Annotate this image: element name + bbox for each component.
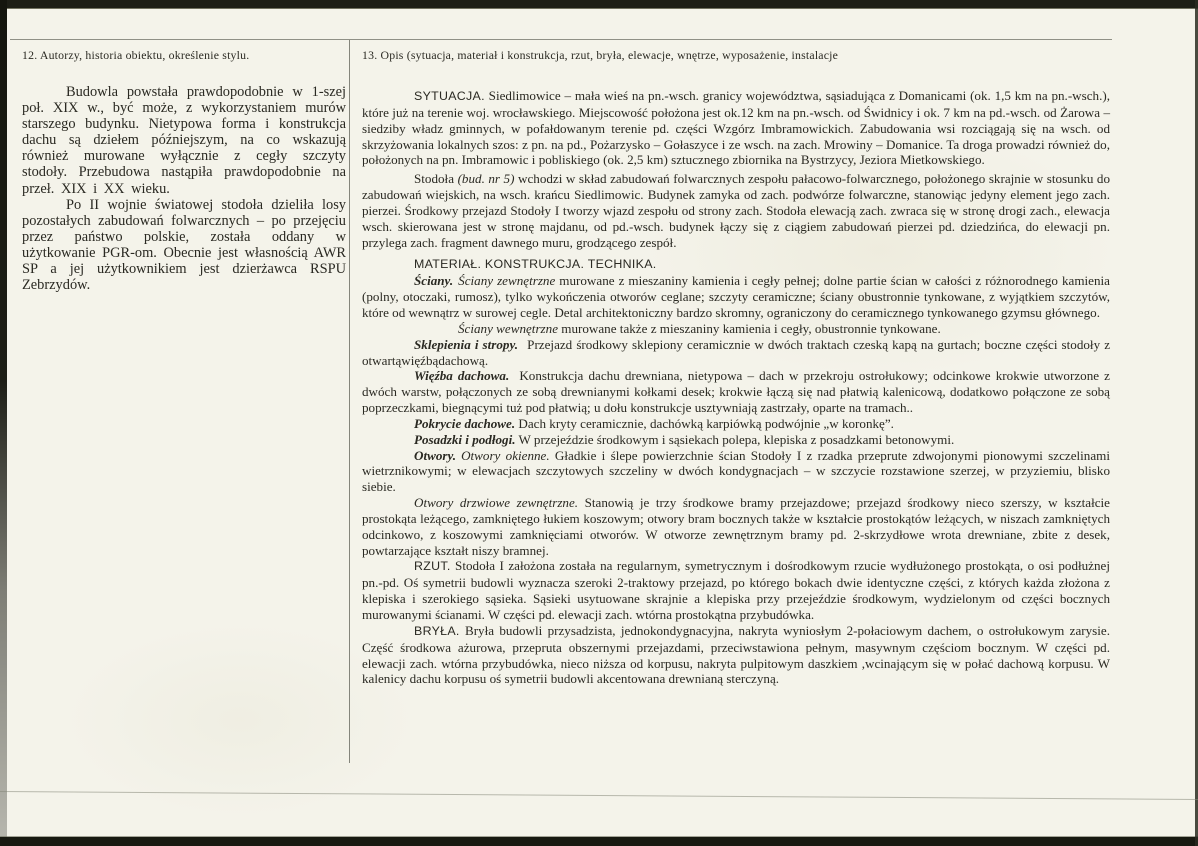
field-13-description: 13. Opis (sytuacja, materiał i konstrukc… xyxy=(362,48,1110,687)
sciany-head: Ściany. xyxy=(414,273,453,288)
field-13-label: 13. Opis (sytuacja, materiał i konstrukc… xyxy=(362,48,1110,62)
paragraph-sytuacja: SYTUACJA. Siedlimowice – mała wieś na pn… xyxy=(362,88,1110,168)
history-paragraph-2: Po II wojnie światowej stodoła dzieliła … xyxy=(22,197,346,294)
scanned-document-page: { "page": { "background": "#f4f3ea", "ed… xyxy=(0,0,1198,846)
bryla-text: Bryła budowli przysadzista, jednokondygn… xyxy=(362,623,1110,687)
field-12-authors-history: 12. Autorzy, historia obiektu, określeni… xyxy=(22,48,346,293)
wiezba-head: Więźba dachowa. xyxy=(414,368,509,383)
paragraph-sciany-wewnetrzne: Ściany wewnętrzne murowane także z miesz… xyxy=(362,321,1110,337)
form-bottom-rule xyxy=(0,791,1198,800)
bryla-heading: BRYŁA. xyxy=(414,624,460,638)
paragraph-rzut: RZUT. Stodoła I założona została na regu… xyxy=(362,558,1110,622)
paragraph-sklepienia: Sklepienia i stropy. Przejazd środkowy s… xyxy=(362,337,1110,369)
paragraph-sciany: Ściany.Ściany zewnętrzne murowane z mies… xyxy=(362,273,1110,321)
sciany-subhead: Ściany zewnętrzne xyxy=(458,273,555,288)
posadzki-text: W przejeździe środkowym i sąsiekach pole… xyxy=(515,432,954,447)
form-top-rule xyxy=(10,39,1112,40)
paragraph-wiezba: Więźba dachowa. Konstrukcja dachu drewni… xyxy=(362,368,1110,416)
otwory-drzwiowe-subhead: Otwory drzwiowe zewnętrzne. xyxy=(414,495,578,510)
pokrycie-head: Pokrycie dachowe. xyxy=(414,416,515,431)
sklepienia-head: Sklepienia i stropy. xyxy=(414,337,518,352)
column-divider xyxy=(349,40,350,763)
rzut-heading: RZUT. xyxy=(414,559,451,573)
field-12-label: 12. Autorzy, historia obiektu, określeni… xyxy=(22,48,346,62)
sciany-wewnetrzne-subhead: Ściany wewnętrzne xyxy=(458,321,558,336)
history-paragraph-1: Budowla powstała prawdopodobnie w 1-szej… xyxy=(22,84,346,197)
stodola-building-number: (bud. nr 5) xyxy=(458,171,515,186)
paragraph-posadzki: Posadzki i podłogi. W przejeździe środko… xyxy=(362,432,1110,448)
paragraph-otwory: Otwory.Otwory okienne. Gładkie i ślepe p… xyxy=(362,448,1110,496)
scan-edge-left xyxy=(0,0,7,846)
otwory-head: Otwory. xyxy=(414,448,456,463)
sciany-wewnetrzne-text: murowane także z mieszaniny kamienia i c… xyxy=(558,321,941,336)
stodola-text-pre: Stodoła xyxy=(414,171,458,186)
rzut-text: Stodoła I założona została na regularnym… xyxy=(362,558,1110,622)
sytuacja-heading: SYTUACJA. xyxy=(414,89,485,103)
material-heading: MATERIAŁ. KONSTRUKCJA. TECHNIKA. xyxy=(414,257,657,271)
posadzki-head: Posadzki i podłogi. xyxy=(414,432,515,447)
paragraph-pokrycie: Pokrycie dachowe. Dach kryty ceramicznie… xyxy=(362,416,1110,432)
paragraph-bryla: BRYŁA. Bryła budowli przysadzista, jedno… xyxy=(362,623,1110,687)
scan-edge-top xyxy=(0,0,1198,8)
paragraph-material-heading: MATERIAŁ. KONSTRUKCJA. TECHNIKA. xyxy=(362,256,1110,273)
paragraph-stodola: Stodoła (bud. nr 5) wchodzi w skład zabu… xyxy=(362,171,1110,250)
pokrycie-text: Dach kryty ceramicznie, dachówką karpiów… xyxy=(515,416,894,431)
paragraph-otwory-drzwiowe: Otwory drzwiowe zewnętrzne. Stanowią je … xyxy=(362,495,1110,558)
otwory-okienne-subhead: Otwory okienne. xyxy=(461,448,550,463)
scan-edge-bottom xyxy=(0,837,1198,846)
